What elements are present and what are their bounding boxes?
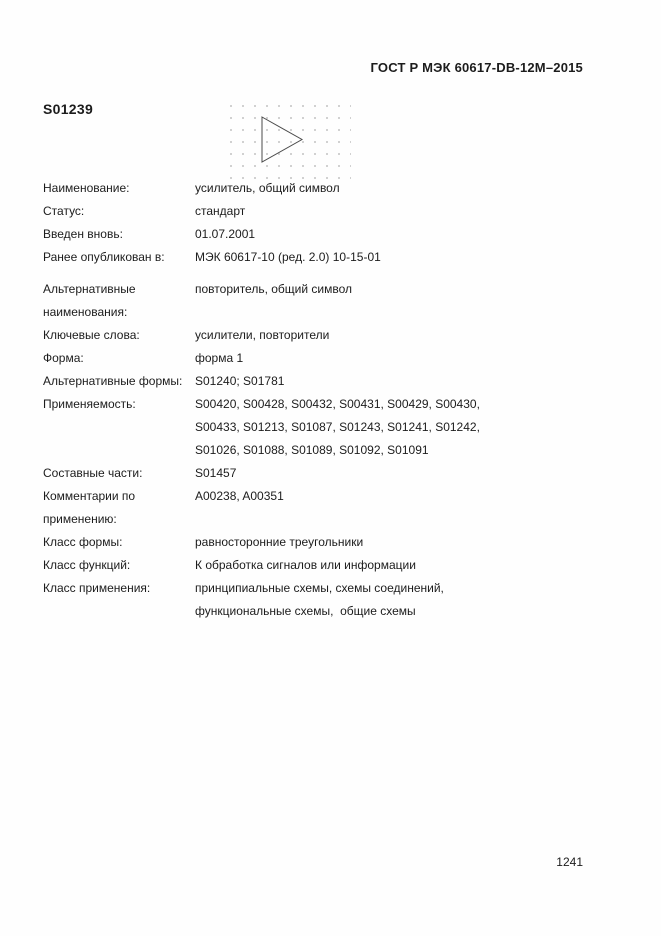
field-value: усилитель, общий символ [195, 177, 535, 200]
field-value: повторитель, общий символ [195, 278, 535, 301]
field-row: Применяемость: S00420, S00428, S00432, S… [43, 393, 563, 462]
field-row: Статус: стандарт [43, 200, 563, 223]
field-row: Альтернативные формы: S01240; S01781 [43, 370, 563, 393]
field-row: Введен вновь: 01.07.2001 [43, 223, 563, 246]
field-label: Альтернативные формы: [43, 370, 195, 393]
field-label: Применяемость: [43, 393, 195, 416]
field-value-line: S00420, S00428, S00432, S00431, S00429, … [195, 393, 535, 416]
field-label: Ранее опубликован в: [43, 246, 195, 269]
symbol-id: S01239 [43, 101, 93, 117]
page-number: 1241 [556, 855, 583, 869]
field-value: форма 1 [195, 347, 535, 370]
field-value: S01240; S01781 [195, 370, 535, 393]
fields-list: Наименование: усилитель, общий символ Ст… [43, 177, 563, 623]
field-value: S00420, S00428, S00432, S00431, S00429, … [195, 393, 535, 462]
field-row: Ранее опубликован в: МЭК 60617-10 (ред. … [43, 246, 563, 269]
field-label: Введен вновь: [43, 223, 195, 246]
field-value: МЭК 60617-10 (ред. 2.0) 10-15-01 [195, 246, 535, 269]
field-row: Класс применения: принципиальные схемы, … [43, 577, 563, 623]
document-page: ГОСТ Р МЭК 60617-DB-12M–2015 S01239 Наим… [0, 0, 661, 936]
field-label: Класс функций: [43, 554, 195, 577]
field-label: Класс формы: [43, 531, 195, 554]
field-value-line: повторитель, общий символ [195, 278, 535, 301]
field-row: Составные части: S01457 [43, 462, 563, 485]
field-value-line: форма 1 [195, 347, 535, 370]
field-value-line: 01.07.2001 [195, 223, 535, 246]
field-value: A00238, A00351 [195, 485, 535, 508]
field-row: Комментарии по применению: A00238, A0035… [43, 485, 563, 531]
field-value-line: стандарт [195, 200, 535, 223]
field-label: Статус: [43, 200, 195, 223]
field-value-line: усилитель, общий символ [195, 177, 535, 200]
field-value: 01.07.2001 [195, 223, 535, 246]
field-value-line: К обработка сигналов или информации [195, 554, 535, 577]
field-value: принципиальные схемы, схемы соединений,ф… [195, 577, 535, 623]
field-label: Альтернативные наименования: [43, 278, 195, 324]
field-label: Форма: [43, 347, 195, 370]
field-value: стандарт [195, 200, 535, 223]
field-value-line: S01240; S01781 [195, 370, 535, 393]
field-value-line: МЭК 60617-10 (ред. 2.0) 10-15-01 [195, 246, 535, 269]
field-row: Ключевые слова: усилители, повторители [43, 324, 563, 347]
field-value: равносторонние треугольники [195, 531, 535, 554]
amplifier-triangle-icon [224, 97, 351, 187]
field-row: Форма: форма 1 [43, 347, 563, 370]
standard-header: ГОСТ Р МЭК 60617-DB-12M–2015 [371, 60, 583, 75]
field-value-line: S00433, S01213, S01087, S01243, S01241, … [195, 416, 535, 439]
field-label: Ключевые слова: [43, 324, 195, 347]
field-label: Комментарии по применению: [43, 485, 195, 531]
field-value: усилители, повторители [195, 324, 535, 347]
field-row: Наименование: усилитель, общий символ [43, 177, 563, 200]
field-value-line: S01026, S01088, S01089, S01092, S01091 [195, 439, 535, 462]
field-label: Составные части: [43, 462, 195, 485]
field-row: Альтернативные наименования: повторитель… [43, 278, 563, 324]
field-value-line: принципиальные схемы, схемы соединений, [195, 577, 535, 600]
field-label: Наименование: [43, 177, 195, 200]
field-label: Класс применения: [43, 577, 195, 600]
field-value-line: усилители, повторители [195, 324, 535, 347]
field-row: Класс функций: К обработка сигналов или … [43, 554, 563, 577]
field-value-line: A00238, A00351 [195, 485, 535, 508]
field-value-line: равносторонние треугольники [195, 531, 535, 554]
field-value: К обработка сигналов или информации [195, 554, 535, 577]
symbol-grid [224, 97, 351, 187]
field-value-line: S01457 [195, 462, 535, 485]
field-row: Класс формы: равносторонние треугольники [43, 531, 563, 554]
field-value: S01457 [195, 462, 535, 485]
field-value-line: функциональные схемы, общие схемы [195, 600, 535, 623]
